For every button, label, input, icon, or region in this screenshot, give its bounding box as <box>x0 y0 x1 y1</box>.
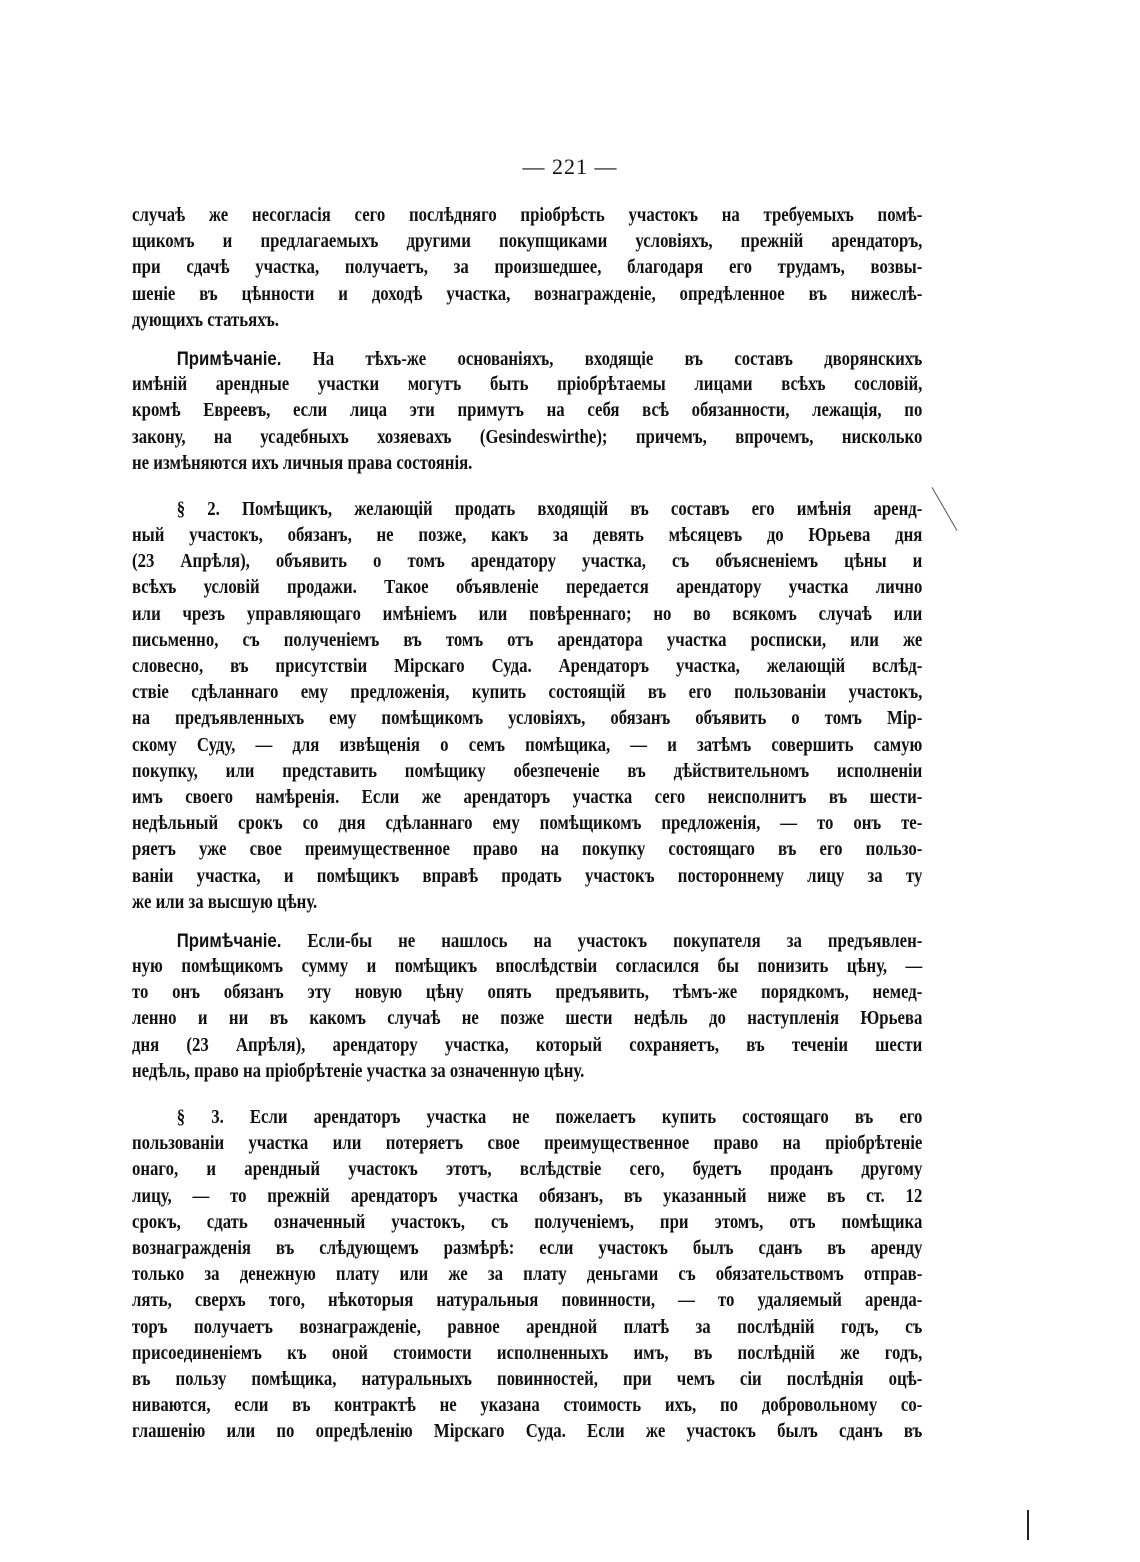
text-line: срокъ, сдать означенный участокъ, съ пол… <box>132 1210 922 1236</box>
page-body: случаѣ же несогласія сего послѣдняго прі… <box>132 203 922 1457</box>
paragraph-continuation: случаѣ же несогласія сего послѣдняго прі… <box>132 203 922 334</box>
text-line: при сдачѣ участка, получаетъ, за произше… <box>132 255 922 281</box>
text-line: ряетъ уже свое преимущественное право на… <box>132 837 922 863</box>
text-line: шеніе въ цѣнности и доходѣ участка, возн… <box>132 282 922 308</box>
text-line: вознагражденія въ слѣдующемъ размѣрѣ: ес… <box>132 1236 922 1262</box>
text-line: щикомъ и предлагаемыхъ другими покупщика… <box>132 229 922 255</box>
note-1: Примѣчаніе. На тѣхъ-же основаніяхъ, вход… <box>132 346 922 477</box>
page-number: — 221 — <box>0 154 1140 180</box>
text-line: недѣль, право на пріобрѣтеніе участка за… <box>132 1059 922 1085</box>
text-line: покупку, или представить помѣщику обезпе… <box>132 759 922 785</box>
text-line: дня (23 Апрѣля), арендатору участка, кот… <box>132 1033 922 1059</box>
text-line: кромѣ Евреевъ, если лица эти примутъ на … <box>132 398 922 424</box>
text-line: Примѣчаніе. На тѣхъ-же основаніяхъ, вход… <box>132 346 922 372</box>
text-line: словесно, въ присутствіи Мірскаго Суда. … <box>132 654 922 680</box>
text-span: Если-бы не нашлось на участокъ покупател… <box>307 931 922 952</box>
note-label: Примѣчаніе. <box>177 930 282 952</box>
text-line: имѣній арендные участки могутъ быть пріо… <box>132 372 922 398</box>
text-line: лицу, — то прежній арендаторъ участка об… <box>132 1184 922 1210</box>
text-line: онаго, и арендный участокъ этотъ, вслѣдс… <box>132 1157 922 1183</box>
text-line: всѣхъ условій продажи. Такое объявленіе … <box>132 575 922 601</box>
text-line: только за денежную плату или же за плату… <box>132 1262 922 1288</box>
text-line: ваніи участка, и помѣщикъ вправѣ продать… <box>132 864 922 890</box>
text-line: дующихъ статьяхъ. <box>132 308 922 334</box>
scan-artifact-mark <box>932 487 958 531</box>
text-span: На тѣхъ-же основаніяхъ, входящіе въ сост… <box>313 349 923 370</box>
text-line: не измѣняются ихъ личныя права состоянія… <box>132 451 922 477</box>
text-line: торъ получаетъ вознагражденіе, равное ар… <box>132 1315 922 1341</box>
text-line: или чрезъ управляющаго имѣніемъ или повѣ… <box>132 602 922 628</box>
section-3: § 3. Если арендаторъ участка не пожелает… <box>132 1105 922 1445</box>
text-line: случаѣ же несогласія сего послѣдняго прі… <box>132 203 922 229</box>
section-label: § 3. <box>177 1107 224 1128</box>
text-line: недѣльный срокъ со дня сдѣланнаго ему по… <box>132 811 922 837</box>
section-label: § 2. <box>177 499 220 520</box>
note-label: Примѣчаніе. <box>177 348 282 370</box>
text-line: ленно и ни въ какомъ случаѣ не позже шес… <box>132 1006 922 1032</box>
text-line: имъ своего намѣренія. Если же арендаторъ… <box>132 785 922 811</box>
text-line: (23 Апрѣля), объявить о томъ арендатору … <box>132 549 922 575</box>
text-line: присоединеніемъ къ оной стоимости исполн… <box>132 1341 922 1367</box>
text-line: письменно, съ полученіемъ въ томъ отъ ар… <box>132 628 922 654</box>
text-line: Примѣчаніе. Если-бы не нашлось на участо… <box>132 928 922 954</box>
text-line: же или за высшую цѣну. <box>132 890 922 916</box>
text-line: на предъявленныхъ ему помѣщикомъ условія… <box>132 706 922 732</box>
text-line: пользованіи участка или потеряетъ свое п… <box>132 1131 922 1157</box>
text-line: ную помѣщикомъ сумму и помѣщикъ впослѣдс… <box>132 954 922 980</box>
text-line: скому Суду, — для извѣщенія о семъ помѣщ… <box>132 733 922 759</box>
text-line: § 3. Если арендаторъ участка не пожелает… <box>132 1105 922 1131</box>
text-line: ниваются, если въ контрактѣ не указана с… <box>132 1393 922 1419</box>
text-span: Если арендаторъ участка не пожелаетъ куп… <box>250 1107 922 1128</box>
text-line: ный участокъ, обязанъ, не позже, какъ за… <box>132 523 922 549</box>
section-2: § 2. Помѣщикъ, желающій продать входящій… <box>132 497 922 916</box>
text-line: въ пользу помѣщика, натуральныхъ повинно… <box>132 1367 922 1393</box>
text-line: § 2. Помѣщикъ, желающій продать входящій… <box>132 497 922 523</box>
text-span: Помѣщикъ, желающій продать входящій въ с… <box>242 499 922 520</box>
text-line: закону, на усадебныхъ хозяевахъ (Gesinde… <box>132 425 922 451</box>
note-2: Примѣчаніе. Если-бы не нашлось на участо… <box>132 928 922 1085</box>
text-line: лять, сверхъ того, нѣкоторыя натуральныя… <box>132 1288 922 1314</box>
text-line: глашенію или по опредѣленію Мірскаго Суд… <box>132 1419 922 1445</box>
text-line: то онъ обязанъ эту новую цѣну опять пред… <box>132 980 922 1006</box>
text-line: ствіе сдѣланнаго ему предложенія, купить… <box>132 680 922 706</box>
scan-artifact-mark <box>1027 1510 1029 1540</box>
